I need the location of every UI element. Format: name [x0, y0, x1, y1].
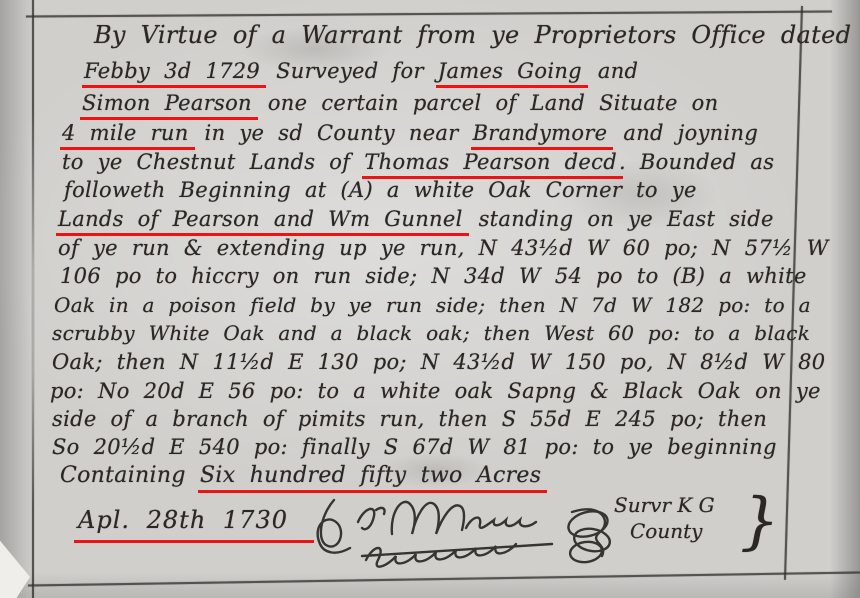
surveyor-attestation: Survr K G County: [614, 492, 744, 544]
text-segment: Surveyed for: [262, 59, 438, 83]
manuscript-line: Simon Pearson one certain parcel of Land…: [82, 90, 718, 117]
text-segment: to ye Chestnut Lands of: [62, 150, 364, 174]
text-segment: . Bounded as: [619, 150, 774, 174]
text-segment: and: [584, 59, 638, 83]
underlined-phrase: James Going: [436, 59, 588, 88]
manuscript-line: Febby 3d 1729 Surveyed for James Going a…: [84, 58, 638, 85]
scanned-survey-page: By Virtue of a Warrant from ye Proprieto…: [0, 0, 860, 598]
manuscript-line: scrubby White Oak and a black oak; then …: [52, 320, 810, 347]
underlined-phrase: Brandymore: [471, 121, 614, 150]
torn-page-edge: [0, 528, 30, 598]
manuscript-line: po: No 20d E 56 po: to a white oak Sapng…: [50, 378, 821, 405]
text-segment: standing on ye East side: [465, 207, 774, 231]
signature-block: Apl. 28th 1730 Survr K G County }: [46, 488, 836, 588]
text-segment: So 20½d E 540 po: finally S 67d W 81 po:…: [52, 435, 777, 459]
manuscript-line: By Virtue of a Warrant from ye Proprieto…: [94, 22, 851, 49]
text-segment: Oak; then N 11½d E 130 po; N 43½d W 150 …: [52, 350, 825, 374]
manuscript-line: of ye run & extending up ye run, N 43½d …: [58, 235, 829, 262]
text-segment: of ye run & extending up ye run, N 43½d …: [58, 236, 829, 260]
text-segment: Oak in a poison field by ye run side; th…: [54, 293, 811, 317]
text-segment: in ye sd County near: [191, 121, 473, 145]
survey-date: Apl. 28th 1730: [74, 506, 314, 543]
underlined-phrase: Simon Pearson: [80, 91, 258, 120]
underlined-phrase: Febby 3d 1729: [82, 59, 266, 88]
manuscript-line: 106 po to hiccry on run side; N 34d W 54…: [60, 263, 807, 290]
ruled-border-left: [32, 0, 34, 598]
text-segment: By Virtue of a Warrant from ye Proprieto…: [94, 21, 851, 49]
attestation-brace: }: [740, 484, 779, 557]
signature-flourish: [304, 480, 634, 580]
underlined-phrase: Thomas Pearson decd: [362, 150, 623, 179]
text-segment: side of a branch of pimits run, then S 5…: [52, 407, 767, 431]
text-segment: scrubby White Oak and a black oak; then …: [52, 321, 810, 345]
text-segment: followeth Beginning at (A) a white Oak C…: [64, 178, 697, 202]
underlined-phrase: 4 mile run: [60, 121, 195, 150]
text-segment: one certain parcel of Land Situate on: [254, 91, 719, 115]
text-segment: and joyning: [609, 121, 758, 145]
text-segment: Containing: [60, 463, 200, 488]
manuscript-line: followeth Beginning at (A) a white Oak C…: [64, 177, 697, 204]
manuscript-line: Oak; then N 11½d E 130 po; N 43½d W 150 …: [52, 349, 825, 376]
text-segment: 106 po to hiccry on run side; N 34d W 54…: [60, 264, 807, 288]
text-segment: po: No 20d E 56 po: to a white oak Sapng…: [50, 379, 821, 403]
surveyor-role: Survr K G: [614, 492, 744, 518]
manuscript-line: to ye Chestnut Lands of Thomas Pearson d…: [62, 149, 774, 176]
manuscript-text: By Virtue of a Warrant from ye Proprieto…: [46, 14, 846, 484]
manuscript-line: Oak in a poison field by ye run side; th…: [54, 292, 811, 319]
underlined-phrase: Lands of Pearson and Wm Gunnel: [56, 207, 469, 236]
manuscript-line: So 20½d E 540 po: finally S 67d W 81 po:…: [52, 434, 777, 461]
surveyor-county: County: [614, 518, 744, 544]
manuscript-line: 4 mile run in ye sd County near Brandymo…: [62, 120, 758, 147]
manuscript-line: Lands of Pearson and Wm Gunnel standing …: [58, 206, 774, 233]
manuscript-line: side of a branch of pimits run, then S 5…: [52, 406, 767, 433]
